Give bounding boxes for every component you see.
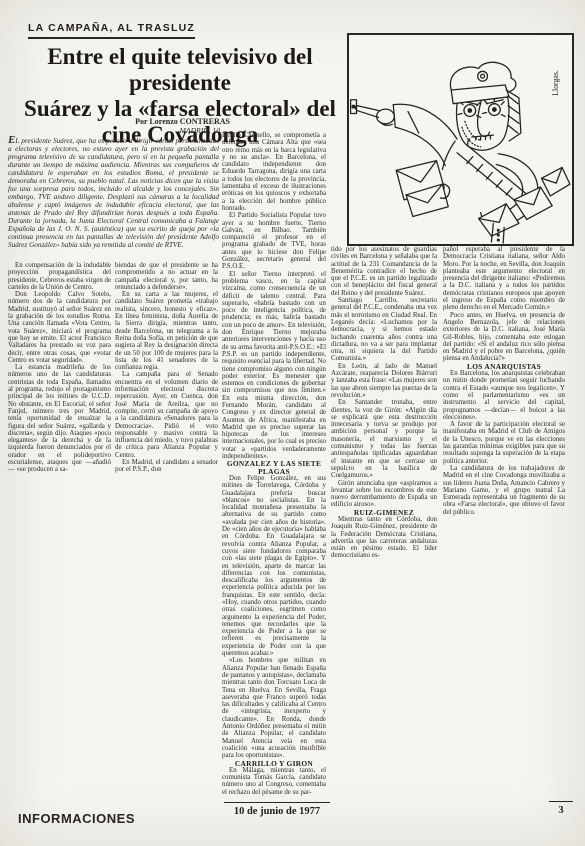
article-paragraph: El Partido Socialista Popular tuvo ayer …: [222, 212, 326, 270]
footer-page-rule: [549, 801, 573, 802]
article-paragraph: En Barcelona, los anarquistas celebraban…: [443, 370, 565, 421]
article-paragraph: La campaña para el Senado encuentra en e…: [115, 371, 218, 459]
subhead-gonzalez: GONZALEZ Y LAS SIETE PLAGAS: [222, 460, 326, 475]
subhead-ruiz-gimenez: RUIZ-GIMENEZ: [331, 509, 437, 516]
article-paragraph: Santiago Carrillo, secretario general de…: [331, 297, 437, 363]
article-paragraph: Mientras tanto en Córdoba, don Joaquín R…: [331, 516, 437, 560]
article-paragraph: tido por los asesinatos de guardias civi…: [331, 246, 437, 297]
article-paragraph: Don Felipe González, en sus mítines de T…: [222, 475, 326, 657]
footer-date-rule: [224, 802, 330, 803]
footer-date: 10 de junio de 1977: [190, 806, 364, 817]
article-paragraph: biendas de que el presidente se ha compr…: [115, 262, 218, 291]
article-paragraph: La estancia madrileña de los números uno…: [8, 364, 111, 473]
article-paragraph: Girón anunciaba que «aspiramos a levanta…: [331, 480, 437, 509]
article-paragraph: El señor Tierno interpretó el problema v…: [222, 271, 326, 461]
lead-text: L presidente Suárez, que ha empezado a d…: [8, 137, 219, 249]
subhead-carrillo-giron: CARRILLO Y GIRON: [222, 760, 326, 767]
page-number: 3: [549, 805, 573, 816]
text-column-2: biendas de que el presidente se ha compr…: [115, 262, 218, 474]
article-paragraph: En Málaga, mientras tanto, el comunista …: [222, 767, 326, 796]
headline-line: Entre el quite televisivo del presidente: [14, 44, 346, 96]
article-paragraph: En León, al lado de Manuel Azcárate, rea…: [331, 363, 437, 399]
text-column-1: En compensación de la indudable proyecci…: [8, 262, 111, 474]
article-paragraph: «Los hombres que militan en Alianza Popu…: [222, 657, 326, 759]
article-paragraph: En Santander tronaba, entre dientes, la …: [331, 399, 437, 479]
editorial-cartoon-frame: Llorgas.: [347, 33, 574, 246]
byline: Por Lorenzo CONTRERAS: [8, 117, 230, 126]
subhead-anarquistas: LOS ANARQUISTAS: [443, 363, 565, 370]
article-paragraph: En compensación de la indudable proyecci…: [8, 262, 111, 291]
text-column-4: tido por los asesinatos de guardias civi…: [331, 246, 437, 560]
dateline: MADRID, 10.: [8, 126, 222, 135]
article-paragraph: En su carta a las mujeres, el candidato …: [115, 291, 218, 371]
section-kicker: LA CAMPAÑA, AL TRASLUZ: [28, 22, 195, 39]
article-paragraph: pañol esperaba al presidente de la Democ…: [443, 246, 565, 312]
text-column-5: pañol esperaba al presidente de la Democ…: [443, 246, 565, 516]
newspaper-name: INFORMACIONES: [18, 811, 135, 826]
cartoonist-signature: Llorgas.: [551, 70, 560, 96]
lead-paragraph: EL presidente Suárez, que ha empezado a …: [8, 136, 219, 249]
newspaper-page: LA CAMPAÑA, AL TRASLUZ Entre el quite te…: [0, 0, 585, 846]
article-paragraph: En Madrid, el candidato a senador por el…: [115, 459, 218, 474]
article-paragraph: Don Leopoldo Calvo Sotelo, número dos de…: [8, 291, 111, 364]
article-paragraph: Poco antes, en Huelva, en presencia de A…: [443, 312, 565, 363]
article-paragraph: La candidatura de los trabajadores de Ma…: [443, 465, 565, 516]
article-paragraph: A favor de la participación electoral se…: [443, 421, 565, 465]
article-paragraph: Emilio Casinello, se comprometía a defen…: [222, 132, 326, 212]
postman-cartoon-illustration: Llorgas.: [349, 35, 572, 244]
text-column-3: Emilio Casinello, se comprometía a defen…: [222, 132, 326, 796]
